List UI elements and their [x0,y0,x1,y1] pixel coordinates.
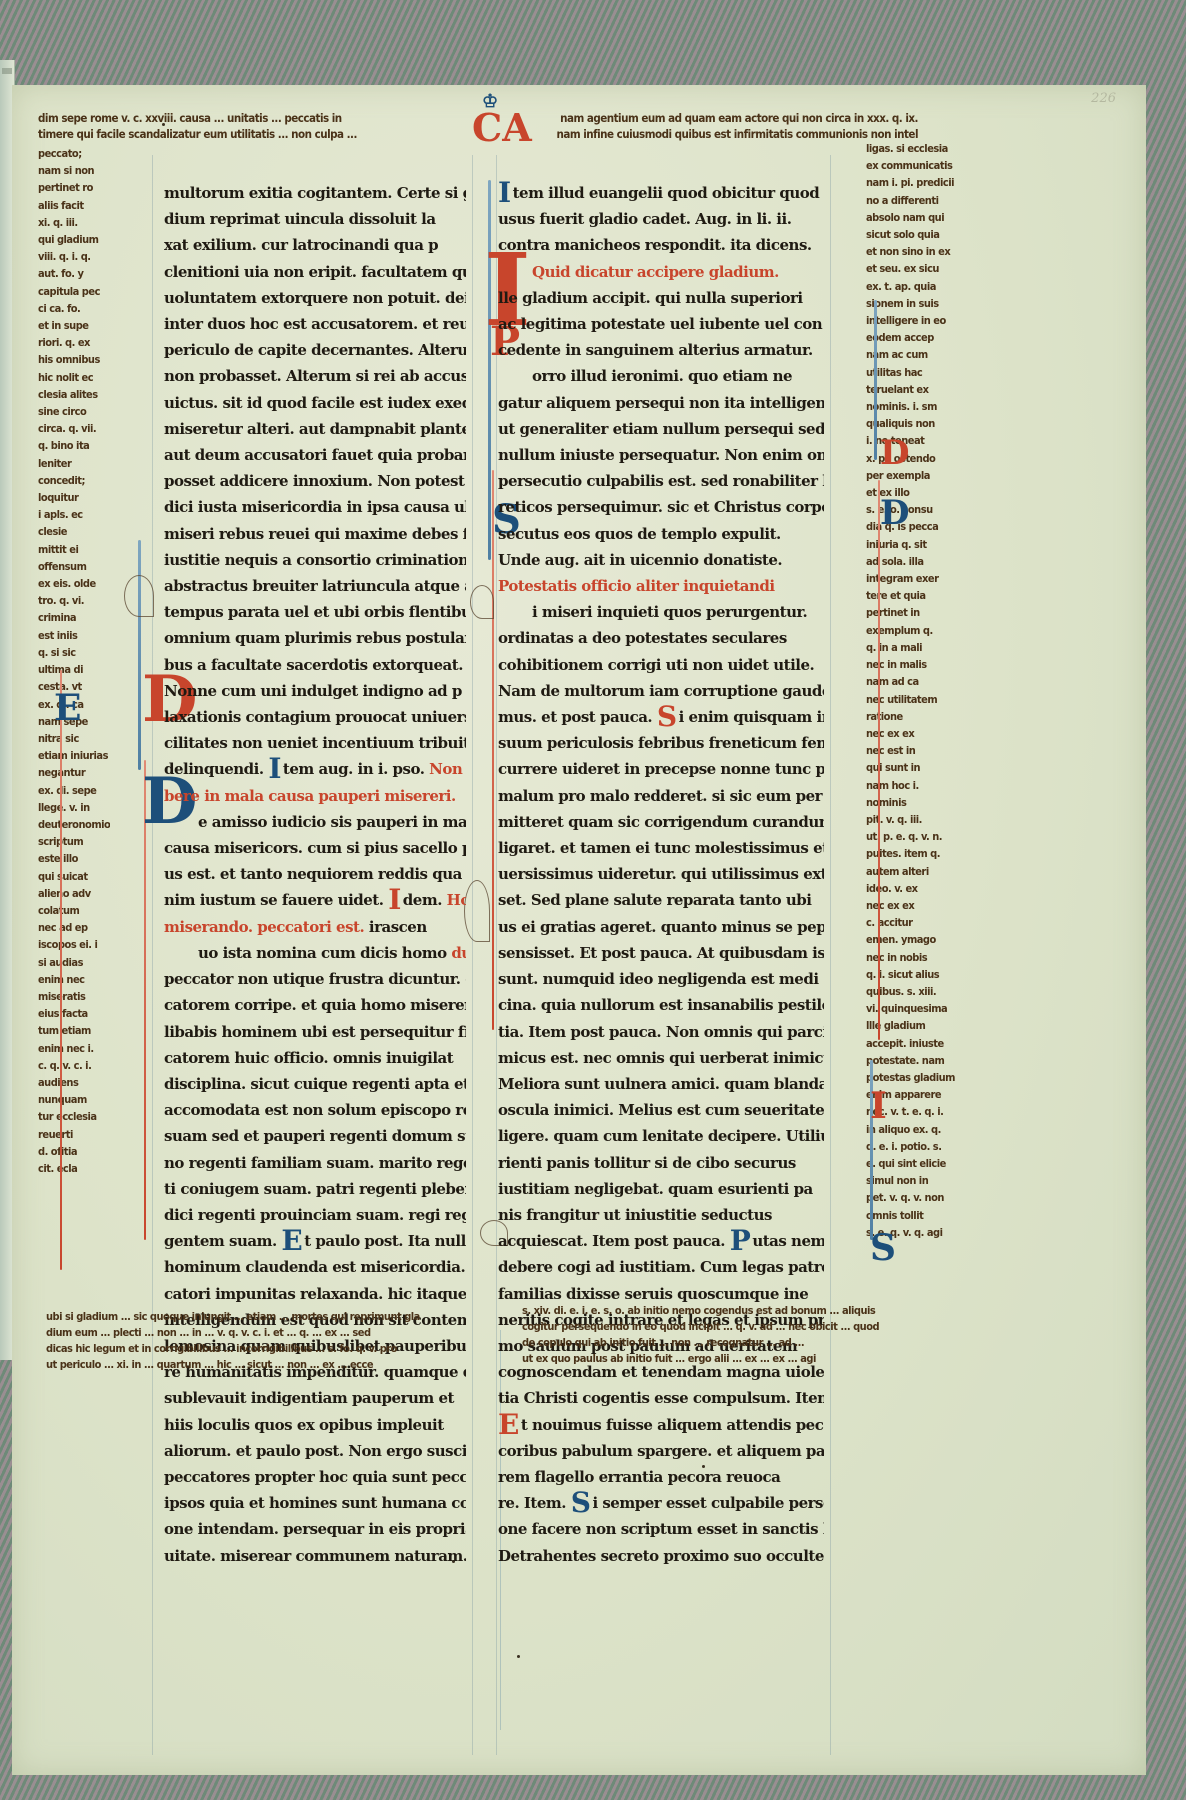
text-span: periculo de capite decernantes. Alterum … [164,341,466,359]
text-line: cohibitionem corrigi uti non uidet utile… [498,652,824,678]
text-span: non probasset. Alterum si rei ab accusat… [164,367,466,385]
text-span: e amisso iudicio sis pauperi in mala [198,813,466,831]
gloss-line: no a differenti [866,192,962,209]
gloss-line: colatum [38,902,110,919]
text-span: suam sed et pauperi regenti domum suam. … [164,1127,466,1145]
gloss-line: ideo. v. ex [866,880,962,897]
decorated-initial: E [498,1413,519,1437]
gloss-line: ex eis. olde [38,575,110,592]
text-span: inter duos hoc est accusatorem. et reum … [164,315,466,333]
text-line: non probasset. Alterum si rei ab accusat… [164,363,466,389]
text-span: uoluntatem extorquere non potuit. deinde [164,289,466,307]
text-line: catorem huic officio. omnis inuigilat [164,1045,466,1071]
text-span: miseri rebus reuei qui maxime debes form… [164,525,466,543]
text-line: accomodata est non solum episcopo regent… [164,1097,466,1123]
text-line: nim iustum se fauere uidet. Idem. Hoi e [164,887,466,913]
gloss-line: nec est in [866,742,962,759]
text-span: catorem huic officio. omnis inuigilat [164,1049,453,1067]
text-span: Nonne cum uni indulget indigno ad p [164,682,462,700]
text-line: dici iusta misericordia in ipsa causa ub… [164,494,466,520]
gloss-line: sionem in suis [866,295,962,312]
gloss-line: nam infine cuiusmodi quibus est infirmit… [556,126,918,142]
text-line: multorum exitia cogitantem. Certe si gla [164,180,466,206]
gloss-line: scriptum [38,833,110,850]
gloss-line: teruelant ex [866,381,962,398]
gloss-line: pet. v. q. v. non [866,1189,962,1206]
text-span: i semper esset culpabile persecuti [592,1494,824,1512]
text-span: i miseri inquieti quos perurgentur. [532,603,807,621]
text-span: reticos persequimur. sic et Christus cor… [498,498,824,516]
text-line: catori impunitas relaxanda. hic itaque [164,1281,466,1307]
text-line: Et nouimus fuisse aliquem attendis pec [498,1412,824,1438]
text-span: lle gladium accipit. qui nulla superiori [498,289,803,307]
text-line: peccatores propter hoc quia sunt peccato… [164,1464,466,1490]
text-line: uo ista nomina cum dicis homo dum. [164,940,466,966]
text-span: persecutio culpabilis est. sed ronabilit… [498,472,824,490]
gloss-line: integram exer [866,570,962,587]
text-span: catori impunitas relaxanda. hic itaque [164,1285,466,1303]
text-line: ac legitima potestate uel iubente uel co… [498,311,824,337]
text-line: xat exilium. cur latrocinandi qua p [164,232,466,258]
text-span: coribus pabulum spargere. et aliquem pas… [498,1442,824,1460]
gloss-line: et in supe [38,317,110,334]
text-line: dici regenti prouinciam suam. regi regen [164,1202,466,1228]
gloss-line: accepit. iniuste [866,1035,962,1052]
text-line: peccator non utique frustra dicuntur. qu… [164,966,466,992]
text-line: disciplina. sicut cuique regenti apta et [164,1071,466,1097]
text-span: gatur aliquem persequi non ita intellige… [498,394,824,412]
text-line: mitteret quam sic corrigendum curandumqu… [498,809,824,835]
text-line: iustitiam negligebat. quam esurienti pa [498,1176,824,1202]
gloss-left-margin: peccato;nam si nonpertinet roaliis facit… [38,145,110,1177]
text-span: ut generaliter etiam nullum persequi sed… [498,420,824,438]
text-span: mitteret quam sic corrigendum curandumqu… [498,813,824,831]
text-line: Unde aug. ait in uicennio donatiste. [498,547,824,573]
gloss-line: quibus. s. xiii. [866,983,962,1000]
gloss-line: nec utilitatem [866,691,962,708]
gloss-line: simul non in [866,1172,962,1189]
text-span: uitate. miserear communem naturam. [164,1547,466,1565]
text-line: rienti panis tollitur si de cibo securus [498,1150,824,1176]
text-span: tia Christi cogentis esse compulsum. Ite… [498,1389,824,1407]
text-line: sublevauit indigentiam pauperum et [164,1385,466,1411]
rubric-heading: Non de [429,760,466,778]
gloss-line: mittit ei [38,541,110,558]
text-line: set. Sed plane salute reparata tanto ubi [498,887,824,913]
gloss-line: nam si non [38,162,110,179]
gloss-line: cit. ecla [38,1160,110,1177]
text-span: aliorum. et paulo post. Non ergo suscipi… [164,1442,466,1460]
gloss-line: pertinet ro [38,179,110,196]
text-line: libabis hominem ubi est persequitur fili… [164,1019,466,1045]
gloss-line: offensum [38,558,110,575]
gloss-line: negantur [38,764,110,781]
decorated-initial: I [498,181,511,205]
gloss-line: ut periculo ... xi. in ... quartum ... h… [46,1357,476,1373]
text-line: cedente in sanguinem alterius armatur. [498,337,824,363]
text-line: causa misericors. cum si pius sacello pt… [164,835,466,861]
gloss-initial-D: D [880,436,909,470]
gloss-line: deuteronomio [38,816,110,833]
gloss-line: circa. q. vii. [38,420,110,437]
acanthus-scroll-icon [470,585,494,619]
gloss-line: leniter [38,455,110,472]
gloss-line: ex. di. sepe [38,782,110,799]
text-line: ti coniugem suam. patri regenti plebem s… [164,1176,466,1202]
rubric-heading: Quid dicatur accipere gladium. [532,263,779,281]
text-line: inter duos hoc est accusatorem. et reum … [164,311,466,337]
text-span: accomodata est non solum episcopo regent… [164,1101,466,1119]
text-span: sunt. numquid ideo negligenda est medi [498,970,819,988]
gloss-line: nam ac cum [866,346,962,363]
pen-flourish-red [878,480,880,1040]
gloss-line: concedit; [38,472,110,489]
text-span: ac legitima potestate uel iubente uel co… [498,315,822,333]
text-line: iustitie nequis a consortio criminationi… [164,547,466,573]
gloss-line: timere qui facile scandalizatur eum util… [38,126,357,142]
text-span: one intendam. persequar in eis propria i… [164,1520,466,1538]
gloss-line: reuerti [38,1126,110,1143]
gloss-line: dim sepe rome v. c. xxviii. causa ... un… [38,110,342,126]
gloss-line: ultima di [38,661,110,678]
text-line: secutus eos quos de templo expulit. [498,521,824,547]
text-span: peccatores propter hoc quia sunt peccato… [164,1468,466,1486]
text-line: Quid dicatur accipere gladium. [498,259,824,285]
text-span: tia. Item post pauca. Non omnis qui parc… [498,1023,824,1041]
gloss-line: clesia alites [38,386,110,403]
text-span: contra manicheos respondit. ita dicens. [498,236,812,254]
gloss-line: ratione [866,708,962,725]
gloss-initial-E: E [54,690,81,726]
text-line: orro illud ieronimi. quo etiam ne [498,363,824,389]
text-span: iustitie nequis a consortio criminationi… [164,551,466,569]
gloss-line: emen. ymago [866,931,962,948]
gloss-line: nam agentium eum ad quam eam actore qui … [560,110,918,126]
text-line: cina. quia nullorum est insanabilis pest… [498,992,824,1018]
rubric-heading: miserando. peccatori est. [164,918,369,936]
text-span: no regenti familiam suam. marito regen [164,1154,466,1172]
text-span: peccator non utique frustra dicuntur. qu… [164,970,466,988]
gloss-line: q. si sic [38,644,110,661]
gloss-line: qualiquis non [866,415,962,432]
text-span: catorem corripe. et quia homo miserere n… [164,996,466,1014]
gloss-initial-S: S [870,1230,896,1266]
gloss-line: nam hoc i. [866,777,962,794]
text-line: aliorum. et paulo post. Non ergo suscipi… [164,1438,466,1464]
text-span: usus fuerit gladio cadet. Aug. in li. ii… [498,210,791,228]
gloss-line: llle gladium [866,1017,962,1034]
gloss-line: eius facta [38,1005,110,1022]
gloss-line: aliis facit [38,197,110,214]
gloss-initial-I: I [870,1088,887,1124]
text-line: uitate. miserear communem naturam. [164,1543,466,1569]
gloss-line: de copulo qui ab initio fuit ... non ...… [522,1335,978,1351]
text-line: debere cogi ad iustitiam. Cum legas patr… [498,1254,824,1280]
gloss-line: nec ex ex [866,897,962,914]
text-line: ligaret. et tamen ei tunc molestissimus … [498,835,824,861]
text-line: Potestatis officio aliter inquietandi [498,573,824,599]
text-line: gatur aliquem persequi non ita intellige… [498,390,824,416]
text-span: miseretur alteri. aut dampnabit plantem. [164,420,466,438]
text-line: hiis loculis quos ex opibus impleuit [164,1412,466,1438]
text-line: Meliora sunt uulnera amici. quam blanda [498,1071,824,1097]
text-span: oscula inimici. Melius est cum seueritat… [498,1101,824,1119]
ruling-line [472,155,473,1755]
text-line: no regenti familiam suam. marito regen [164,1150,466,1176]
gloss-line: nec ex ex [866,725,962,742]
text-span: omnium quam plurimis rebus postulare tem… [164,629,466,647]
gloss-line: nominis. i. sm [866,398,962,415]
text-span: rem flagello errantia pecora reuoca [498,1468,780,1486]
text-span: dici regenti prouinciam suam. regi regen [164,1206,466,1224]
gloss-line: peccato; [38,145,110,162]
gloss-line: tro. q. vi. [38,592,110,609]
gloss-line: autem alteri [866,863,962,880]
gloss-line: nam i. pi. predicii [866,174,962,191]
gloss-line: crimina [38,609,110,626]
text-span: micus est. nec omnis qui uerberat inimic… [498,1049,824,1067]
text-span: laxationis contagium prouocat uniuersos.… [164,708,466,726]
text-span: utas neminem [752,1232,824,1250]
gloss-line: riori. q. ex [38,334,110,351]
decorated-initial: E [281,1229,302,1253]
text-line: us ei gratias ageret. quanto minus se pe… [498,914,824,940]
gloss-line: c. accitur [866,914,962,931]
text-span: malum pro malo redderet. si sic eum per [498,787,822,805]
text-line: nullum iniuste persequatur. Non enim omn… [498,442,824,468]
text-line: uoluntatem extorquere non potuit. deinde [164,285,466,311]
text-line: catorem corripe. et quia homo miserere n… [164,992,466,1018]
ruling-line [152,155,153,1755]
text-span: orro illud ieronimi. quo etiam ne [532,367,792,385]
text-line: micus est. nec omnis qui uerberat inimic… [498,1045,824,1071]
text-line: aut deum accusatori fauet quia probare n… [164,442,466,468]
text-line: oscula inimici. Melius est cum seueritat… [498,1097,824,1123]
text-line: one facere non scriptum esset in sanctis… [498,1516,824,1542]
gloss-line: pit. v. q. iii. [866,811,962,828]
gloss-line: etiam iniurias [38,747,110,764]
gloss-line: e. qui sint elicie [866,1155,962,1172]
bleed-through-text [2,68,12,74]
gloss-line: loquitur [38,489,110,506]
text-span: mus. et post pauca. [498,708,657,726]
text-span: bus a facultate sacerdotis extorqueat. [164,656,463,674]
text-span: xat exilium. cur latrocinandi qua p [164,236,438,254]
gloss-line: si audias [38,954,110,971]
decorated-initial: S [571,1491,591,1515]
text-span: irascen [369,918,427,936]
gloss-line: iniuria q. sit [866,536,962,553]
gloss-line: absolo nam qui [866,209,962,226]
text-line: contra manicheos respondit. ita dicens. [498,232,824,258]
gloss-row: timere qui facile scandalizatur eum util… [38,126,918,142]
gloss-line: qui suicat [38,868,110,885]
text-span: us ei gratias ageret. quanto minus se pe… [498,918,824,936]
text-span: tem aug. in i. pso. [283,760,429,778]
decorated-initial: S [657,705,677,729]
decorated-initial: I [268,757,281,781]
text-line: dium reprimat uincula dissoluit la [164,206,466,232]
text-line: sunt. numquid ideo negligenda est medi [498,966,824,992]
gloss-line: sine circo [38,403,110,420]
rubric-heading: Hoi e [447,891,466,909]
text-line: miseri rebus reuei qui maxime debes form… [164,521,466,547]
text-line: miseretur alteri. aut dampnabit plantem. [164,416,466,442]
text-span: us est. et tanto nequiorem reddis qua [164,865,462,883]
gloss-line: dicas hic legum et in corrigibilibus ...… [46,1341,476,1357]
text-span: suum periculosis febribus freneticum fem [498,734,824,752]
gloss-line: ex communicatis [866,157,962,174]
text-span: sensisset. Et post pauca. At quibusdam i… [498,944,824,962]
gloss-line: nec ad ep [38,919,110,936]
gloss-line: i apls. ec [38,506,110,523]
text-line: i miseri inquieti quos perurgentur. [498,599,824,625]
gloss-line: iscopos ei. i [38,936,110,953]
text-line: re. Item. Si semper esset culpabile pers… [498,1490,824,1516]
text-span: uo ista nomina cum dicis homo [198,944,451,962]
gloss-line: nam ad ca [866,673,962,690]
text-span: re. Item. [498,1494,571,1512]
text-span: hominum claudenda est misericordia. null… [164,1258,466,1276]
acanthus-scroll-icon [464,880,490,942]
gloss-line: potestate. nam [866,1052,962,1069]
gloss-line: ut ex quo paulus ab initio fuit ... ergo… [522,1351,978,1367]
text-span: ti coniugem suam. patri regenti plebem s… [164,1180,466,1198]
gloss-line: qui gladium [38,231,110,248]
gloss-line: q. e. i. potio. s. [866,1138,962,1155]
gloss-line: est iniis [38,627,110,644]
text-span: tempus parata uel et ubi orbis flentibus… [164,603,466,621]
gloss-line: aut. fo. y [38,265,110,282]
text-line: persecutio culpabilis est. sed ronabilit… [498,468,824,494]
acanthus-scroll-icon [124,575,154,617]
gloss-line: potestas gladium [866,1069,962,1086]
text-line: omnium quam plurimis rebus postulare tem… [164,625,466,651]
text-span: multorum exitia cogitantem. Certe si gla [164,184,466,202]
gloss-line: cogitur persequendo in eo quod incipit .… [522,1319,978,1335]
gloss-line: ad sola. illa [866,553,962,570]
text-line: mus. et post pauca. Si enim quisquam ini… [498,704,824,730]
text-span: posset addicere innoxium. Non potest erg… [164,472,466,490]
text-line: gentem suam. Et paulo post. Ita nulli [164,1228,466,1254]
gloss-line: omnis tollit [866,1207,962,1224]
text-line: one intendam. persequar in eis propria i… [164,1516,466,1542]
text-span: ligere. quam cum lenitate decipere. Util… [498,1127,824,1145]
text-line: cilitates non ueniet incentiuum tribuit [164,730,466,756]
gloss-line: este illo [38,850,110,867]
gloss-line: tere et quia [866,587,962,604]
text-span: disciplina. sicut cuique regenti apta et [164,1075,466,1093]
text-line: tia Christi cogentis esse compulsum. Ite… [498,1385,824,1411]
text-line: periculo de capite decernantes. Alterum … [164,337,466,363]
text-span: debere cogi ad iustitiam. Cum legas patr… [498,1258,824,1276]
text-line: reticos persequimur. sic et Christus cor… [498,494,824,520]
text-line: currere uideret in precepse nonne tunc p… [498,756,824,782]
text-span: ordinatas a deo potestates seculares [498,629,787,647]
gloss-line: ligas. si ecclesia [866,140,962,157]
text-span: tem illud euangelii quod obicitur quod g… [513,184,824,202]
gloss-line: exemplum q. [866,622,962,639]
gloss-line: ut. p. e. q. v. n. [866,828,962,845]
text-line: usus fuerit gladio cadet. Aug. in li. ii… [498,206,824,232]
gloss-line: ci ca. fo. [38,300,110,317]
gloss-line: s. xiv. di. e. i. e. s. o. ab initio nem… [522,1303,978,1319]
text-span: dium reprimat uincula dissoluit la [164,210,436,228]
text-line: abstractus breuiter latriuncula atque ad [164,573,466,599]
text-line: Detrahentes secreto proximo suo occulte [498,1543,824,1569]
gloss-line: intelligere in eo [866,312,962,329]
gloss-bottom-right: s. xiv. di. e. i. e. s. o. ab initio nem… [522,1303,978,1367]
gloss-line: alieno adv [38,885,110,902]
text-line: malum pro malo redderet. si sic eum per [498,783,824,809]
gloss-line: nunquam [38,1091,110,1108]
gloss-line: viii. q. i. q. [38,248,110,265]
gloss-line: xi. q. iii. [38,214,110,231]
text-span: uictus. sit id quod facile est iudex exe… [164,394,466,412]
gloss-line: nominis [866,794,962,811]
crown-flourish-icon: ♔ [482,91,498,112]
text-line: us est. et tanto nequiorem reddis qua [164,861,466,887]
text-span: ipsos quia et homines sunt humana consid… [164,1494,466,1512]
text-span: hiis loculis quos ex opibus impleuit [164,1416,444,1434]
text-line: hominum claudenda est misericordia. null… [164,1254,466,1280]
gloss-line: ex. t. ap. quia [866,278,962,295]
gloss-line: q. in a mali [866,639,962,656]
text-span: abstractus breuiter latriuncula atque ad [164,577,466,595]
gloss-line: tum etiam [38,1022,110,1039]
text-line: posset addicere innoxium. Non potest erg… [164,468,466,494]
text-line: lle gladium accipit. qui nulla superiori [498,285,824,311]
gloss-line: c. q. v. c. i. [38,1057,110,1074]
text-line: rem flagello errantia pecora reuoca [498,1464,824,1490]
decorated-initial: I [388,888,401,912]
text-span: iustitiam negligebat. quam esurienti pa [498,1180,813,1198]
text-span: nim iustum se fauere uidet. [164,891,388,909]
text-line: ligere. quam cum lenitate decipere. Util… [498,1123,824,1149]
gloss-line: nec in malis [866,656,962,673]
gloss-line: audiens [38,1074,110,1091]
text-span: dem. [403,891,447,909]
text-span: ligaret. et tamen ei tunc molestissimus … [498,839,824,857]
gloss-line: q. i. sicut alius [866,966,962,983]
gloss-line: utilitas hac [866,364,962,381]
parchment-speck [517,1655,520,1658]
text-line: acquiescat. Item post pauca. Putas nemin… [498,1228,824,1254]
gloss-top: dim sepe rome v. c. xxviii. causa ... un… [38,110,918,142]
gloss-line: pertinet in [866,604,962,621]
text-span: uersissimus uideretur. qui utilissimus e… [498,865,824,883]
text-span: clenitioni uia non eripit. facultatem qu… [164,263,466,281]
gloss-line: nec in nobis [866,949,962,966]
text-span: rienti panis tollitur si de cibo securus [498,1154,796,1172]
text-span: t nouimus fuisse aliquem attendis pec [521,1416,824,1434]
gloss-line: dium eum ... plecti ... non ... in ... v… [46,1325,476,1341]
ruling-line [830,155,831,1755]
text-span: aut deum accusatori fauet quia probare n… [164,446,466,464]
gloss-line: his omnibus [38,351,110,368]
text-span: currere uideret in precepse nonne tunc p… [498,760,824,778]
gloss-line: puites. item q. [866,845,962,862]
pen-flourish-red [492,470,494,1030]
gloss-line: hic nolit ec [38,369,110,386]
text-span: Unde aug. ait in uicennio donatiste. [498,551,782,569]
text-line: e amisso iudicio sis pauperi in mala [164,809,466,835]
text-span: t paulo post. Ita nulli [304,1232,466,1250]
rubric-heading: bere in mala causa pauperi misereri. [164,787,456,805]
text-line: uictus. sit id quod facile est iudex exe… [164,390,466,416]
text-line: Nonne cum uni indulget indigno ad p [164,678,466,704]
text-span: causa misericors. cum si pius sacello pt… [164,839,466,857]
